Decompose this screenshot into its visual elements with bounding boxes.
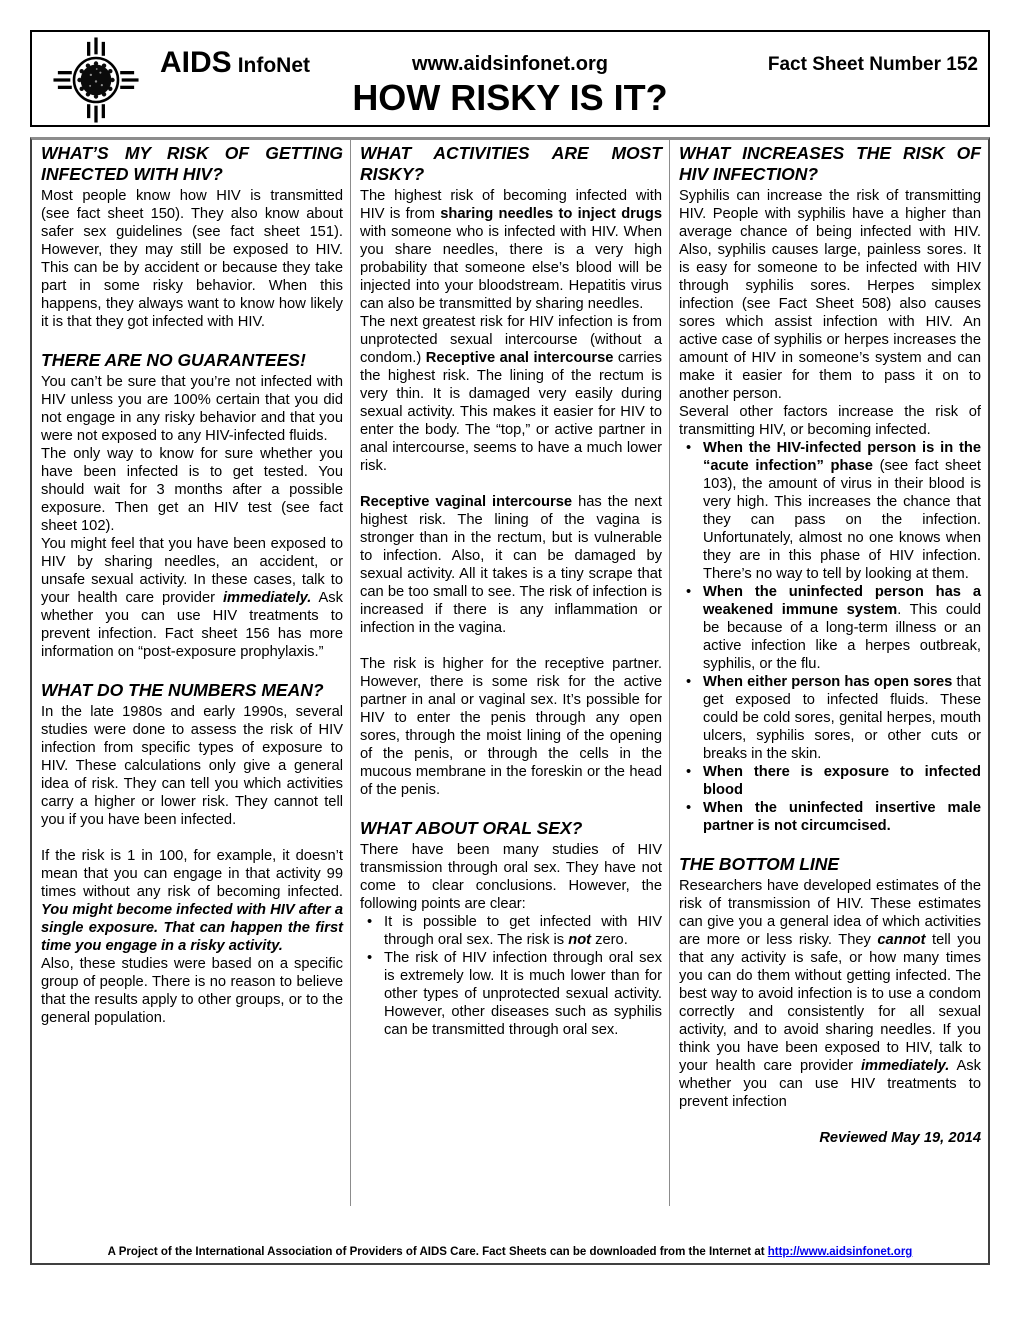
paragraph: Reviewed May 19, 2014	[679, 1129, 981, 1147]
document-body: WHAT’S MY RISK OF GETTING INFECTED WITH …	[30, 137, 990, 1265]
section: WHAT INCREASES THE RISK OF HIV INFECTION…	[679, 143, 981, 835]
text-run: Receptive vaginal intercourse	[360, 494, 572, 510]
section: WHAT ABOUT ORAL SEX?There have been many…	[360, 818, 662, 1039]
text-run: Reviewed May 19, 2014	[819, 1130, 981, 1146]
bullet-icon: •	[686, 673, 691, 691]
paragraph: You can’t be sure that you’re not infect…	[41, 373, 343, 445]
bullet-text: When the uninfected insertive male partn…	[703, 800, 981, 834]
paragraph: Several other factors increase the risk …	[679, 403, 981, 439]
fact-sheet-page: AIDSInfoNet www.aidsinfonet.org Fact She…	[0, 0, 1020, 1320]
bullet-item: •When the HIV-infected person is in the …	[679, 439, 981, 583]
text-run: sharing needles to inject drugs	[440, 206, 662, 222]
page-title: HOW RISKY IS IT?	[32, 80, 988, 116]
bullet-text: It is possible to get infected with HIV …	[384, 914, 662, 948]
text-run: carries the highest risk. The lining of …	[360, 350, 662, 474]
text-run: Receptive anal intercourse	[426, 350, 614, 366]
section-heading: WHAT ACTIVITIES ARE MOST RISKY?	[360, 143, 662, 185]
section-heading: WHAT ABOUT ORAL SEX?	[360, 818, 662, 839]
paragraph: The next greatest risk for HIV infection…	[360, 313, 662, 475]
paragraph: The only way to know for sure whether yo…	[41, 445, 343, 535]
paragraph: The risk is higher for the receptive par…	[360, 655, 662, 799]
text-run: You can’t be sure that you’re not infect…	[41, 374, 343, 444]
text-run: (see fact sheet 103), the amount of viru…	[703, 458, 981, 582]
paragraph: If the risk is 1 in 100, for example, it…	[41, 847, 343, 955]
columns: WHAT’S MY RISK OF GETTING INFECTED WITH …	[32, 140, 988, 1206]
bullet-icon: •	[367, 913, 372, 931]
text-run: If the risk is 1 in 100, for example, it…	[41, 848, 343, 900]
section-heading: WHAT’S MY RISK OF GETTING INFECTED WITH …	[41, 143, 343, 185]
paragraph: Also, these studies were based on a spec…	[41, 955, 343, 1027]
section: WHAT ACTIVITIES ARE MOST RISKY?The highe…	[360, 143, 662, 799]
section: WHAT’S MY RISK OF GETTING INFECTED WITH …	[41, 143, 343, 331]
paragraph: Syphilis can increase the risk of transm…	[679, 187, 981, 403]
paragraph: Researchers have developed estimates of …	[679, 877, 981, 1111]
bullet-icon: •	[686, 799, 691, 817]
text-run: Most people know how HIV is transmitted …	[41, 188, 343, 330]
section-heading: WHAT INCREASES THE RISK OF HIV INFECTION…	[679, 143, 981, 185]
bullet-item: •When the uninfected insertive male part…	[679, 799, 981, 835]
bullet-item: •When the uninfected person has a weaken…	[679, 583, 981, 673]
text-run: immediately.	[861, 1058, 949, 1074]
paragraph: There have been many studies of HIV tran…	[360, 841, 662, 913]
text-run: Several other factors increase the risk …	[679, 404, 981, 438]
column-middle: WHAT ACTIVITIES ARE MOST RISKY?The highe…	[351, 140, 670, 1206]
footer-link[interactable]: http://www.aidsinfonet.org	[768, 1246, 913, 1258]
text-run: with someone who is infected with HIV. W…	[360, 224, 662, 312]
text-run: has the next highest risk. The lining of…	[360, 494, 662, 636]
section: WHAT DO THE NUMBERS MEAN?In the late 198…	[41, 680, 343, 1027]
text-run: You might become infected with HIV after…	[41, 902, 343, 954]
paragraph: Receptive vaginal intercourse has the ne…	[360, 493, 662, 637]
text-run: When either person has open sores	[703, 674, 952, 690]
bullet-item: •When either person has open sores that …	[679, 673, 981, 763]
bullet-icon: •	[686, 583, 691, 601]
bullet-item: •When there is exposure to infected bloo…	[679, 763, 981, 799]
paragraph: The highest risk of becoming infected wi…	[360, 187, 662, 313]
column-right: WHAT INCREASES THE RISK OF HIV INFECTION…	[670, 140, 988, 1206]
text-run: zero.	[591, 932, 628, 948]
bullet-text: When the uninfected person has a weakene…	[703, 584, 981, 672]
text-run: not	[568, 932, 591, 948]
footer-text: A Project of the International Associati…	[108, 1246, 768, 1258]
bullet-icon: •	[686, 763, 691, 781]
section-heading: THE BOTTOM LINE	[679, 854, 981, 875]
column-left: WHAT’S MY RISK OF GETTING INFECTED WITH …	[32, 140, 351, 1206]
bullet-icon: •	[686, 439, 691, 457]
bullet-text: When the HIV-infected person is in the “…	[703, 440, 981, 582]
text-run: tell you that any activity is safe, or h…	[679, 932, 981, 1074]
text-run: In the late 1980s and early 1990s, sever…	[41, 704, 343, 828]
text-run: There have been many studies of HIV tran…	[360, 842, 662, 912]
header: AIDSInfoNet www.aidsinfonet.org Fact She…	[30, 30, 990, 127]
text-run: Syphilis can increase the risk of transm…	[679, 188, 981, 402]
bullet-list: •It is possible to get infected with HIV…	[360, 913, 662, 1039]
bullet-item: •The risk of HIV infection through oral …	[360, 949, 662, 1039]
text-run: When the uninfected insertive male partn…	[703, 800, 981, 834]
paragraph: Most people know how HIV is transmitted …	[41, 187, 343, 331]
bullet-text: When either person has open sores that g…	[703, 674, 981, 762]
section: THE BOTTOM LINEResearchers have develope…	[679, 854, 981, 1147]
section: THERE ARE NO GUARANTEES!You can’t be sur…	[41, 350, 343, 661]
bullet-list: •When the HIV-infected person is in the …	[679, 439, 981, 835]
section-heading: WHAT DO THE NUMBERS MEAN?	[41, 680, 343, 701]
text-run: Also, these studies were based on a spec…	[41, 956, 343, 1026]
fact-sheet-number: Fact Sheet Number 152	[768, 54, 978, 76]
text-run: cannot	[877, 932, 925, 948]
paragraph: In the late 1980s and early 1990s, sever…	[41, 703, 343, 829]
text-run: The risk of HIV infection through oral s…	[384, 950, 662, 1038]
bullet-text: When there is exposure to infected blood	[703, 764, 981, 798]
bullet-item: •It is possible to get infected with HIV…	[360, 913, 662, 949]
bullet-icon: •	[367, 949, 372, 967]
text-run: immediately.	[223, 590, 311, 606]
bullet-text: The risk of HIV infection through oral s…	[384, 950, 662, 1038]
text-run: The risk is higher for the receptive par…	[360, 656, 662, 798]
paragraph: You might feel that you have been expose…	[41, 535, 343, 661]
text-run: The only way to know for sure whether yo…	[41, 446, 343, 534]
section-heading: THERE ARE NO GUARANTEES!	[41, 350, 343, 371]
text-run: When there is exposure to infected blood	[703, 764, 981, 798]
footer: A Project of the International Associati…	[32, 1246, 988, 1258]
